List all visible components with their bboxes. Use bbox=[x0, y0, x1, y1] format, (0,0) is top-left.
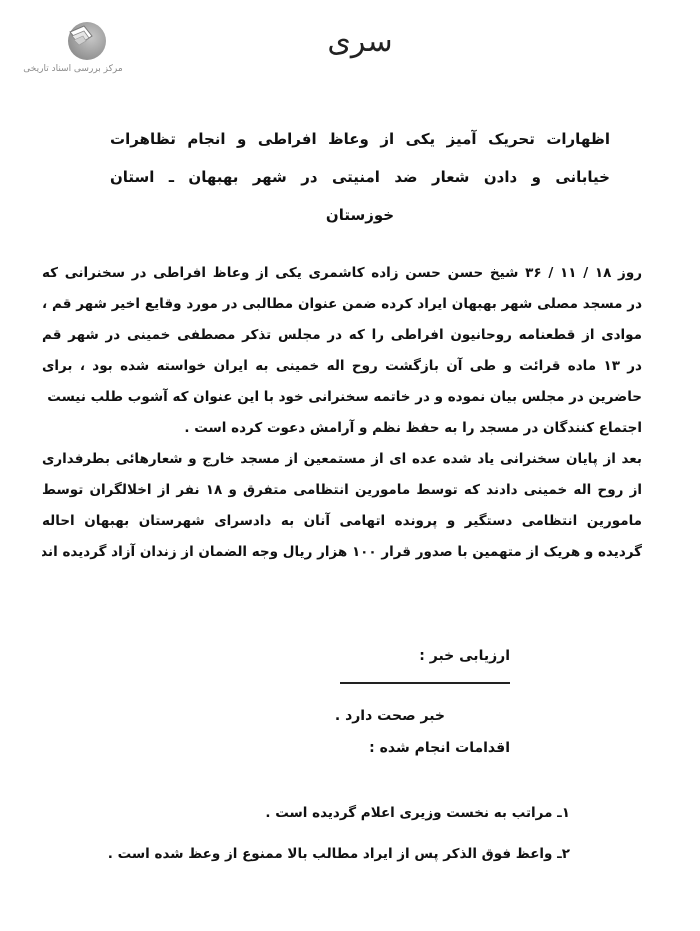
actions-heading: اقدامات انجام شده : bbox=[369, 740, 510, 756]
archive-logo-text: مرکز بررسی اسناد تاریخی bbox=[18, 64, 128, 74]
action-item: ۱ـ مراتب به نخست وزیری اعلام گردیده است … bbox=[265, 805, 570, 821]
document-title: اظهارات تحریک آمیز یکی از وعاظ افراطی و … bbox=[110, 120, 610, 234]
body-line: حاضرین در مجلس بیان نموده و در خاتمه سخن… bbox=[42, 382, 642, 413]
body-line: از روح اله خمینی دادند که توسط مامورین ا… bbox=[42, 475, 642, 506]
title-line: خیابانی و دادن شعار ضد امنیتی در شهر بهب… bbox=[110, 158, 610, 196]
title-line: خوزستان bbox=[110, 196, 610, 234]
body-line: گردیده و هریک از متهمین با صدور قرار ۱۰۰… bbox=[42, 537, 642, 568]
title-line: اظهارات تحریک آمیز یکی از وعاظ افراطی و … bbox=[110, 120, 610, 158]
evaluation-underline bbox=[340, 682, 510, 684]
evaluation-heading: ارزیابی خبر : bbox=[419, 648, 510, 664]
book-globe-logo-icon bbox=[68, 22, 106, 60]
body-line: روز ۱۸ / ۱۱ / ۳۶ شیخ حسن حسن زاده کاشمری… bbox=[42, 258, 642, 289]
body-line: اجتماع کنندگان در مسجد را به حفظ نظم و آ… bbox=[42, 413, 642, 444]
archive-logo: مرکز بررسی اسناد تاریخی bbox=[18, 18, 128, 78]
classification-stamp: سری bbox=[300, 24, 420, 59]
evaluation-text: خبر صحت دارد . bbox=[335, 708, 445, 724]
body-line: بعد از پایان سخنرانی یاد شده عده ای از م… bbox=[42, 444, 642, 475]
action-item: ۲ـ واعظ فوق الذکر پس از ایراد مطالب بالا… bbox=[108, 846, 570, 862]
body-line: مامورین انتظامی دستگیر و پرونده اتهامی آ… bbox=[42, 506, 642, 537]
body-line: در مسجد مصلی شهر بهبهان ایراد کرده ضمن ع… bbox=[42, 289, 642, 320]
body-line: در ۱۳ ماده قرائت و طی آن بازگشت روح اله … bbox=[42, 351, 642, 382]
report-body: روز ۱۸ / ۱۱ / ۳۶ شیخ حسن حسن زاده کاشمری… bbox=[42, 258, 642, 568]
body-line: موادی از قطعنامه روحانیون افراطی را که د… bbox=[42, 320, 642, 351]
